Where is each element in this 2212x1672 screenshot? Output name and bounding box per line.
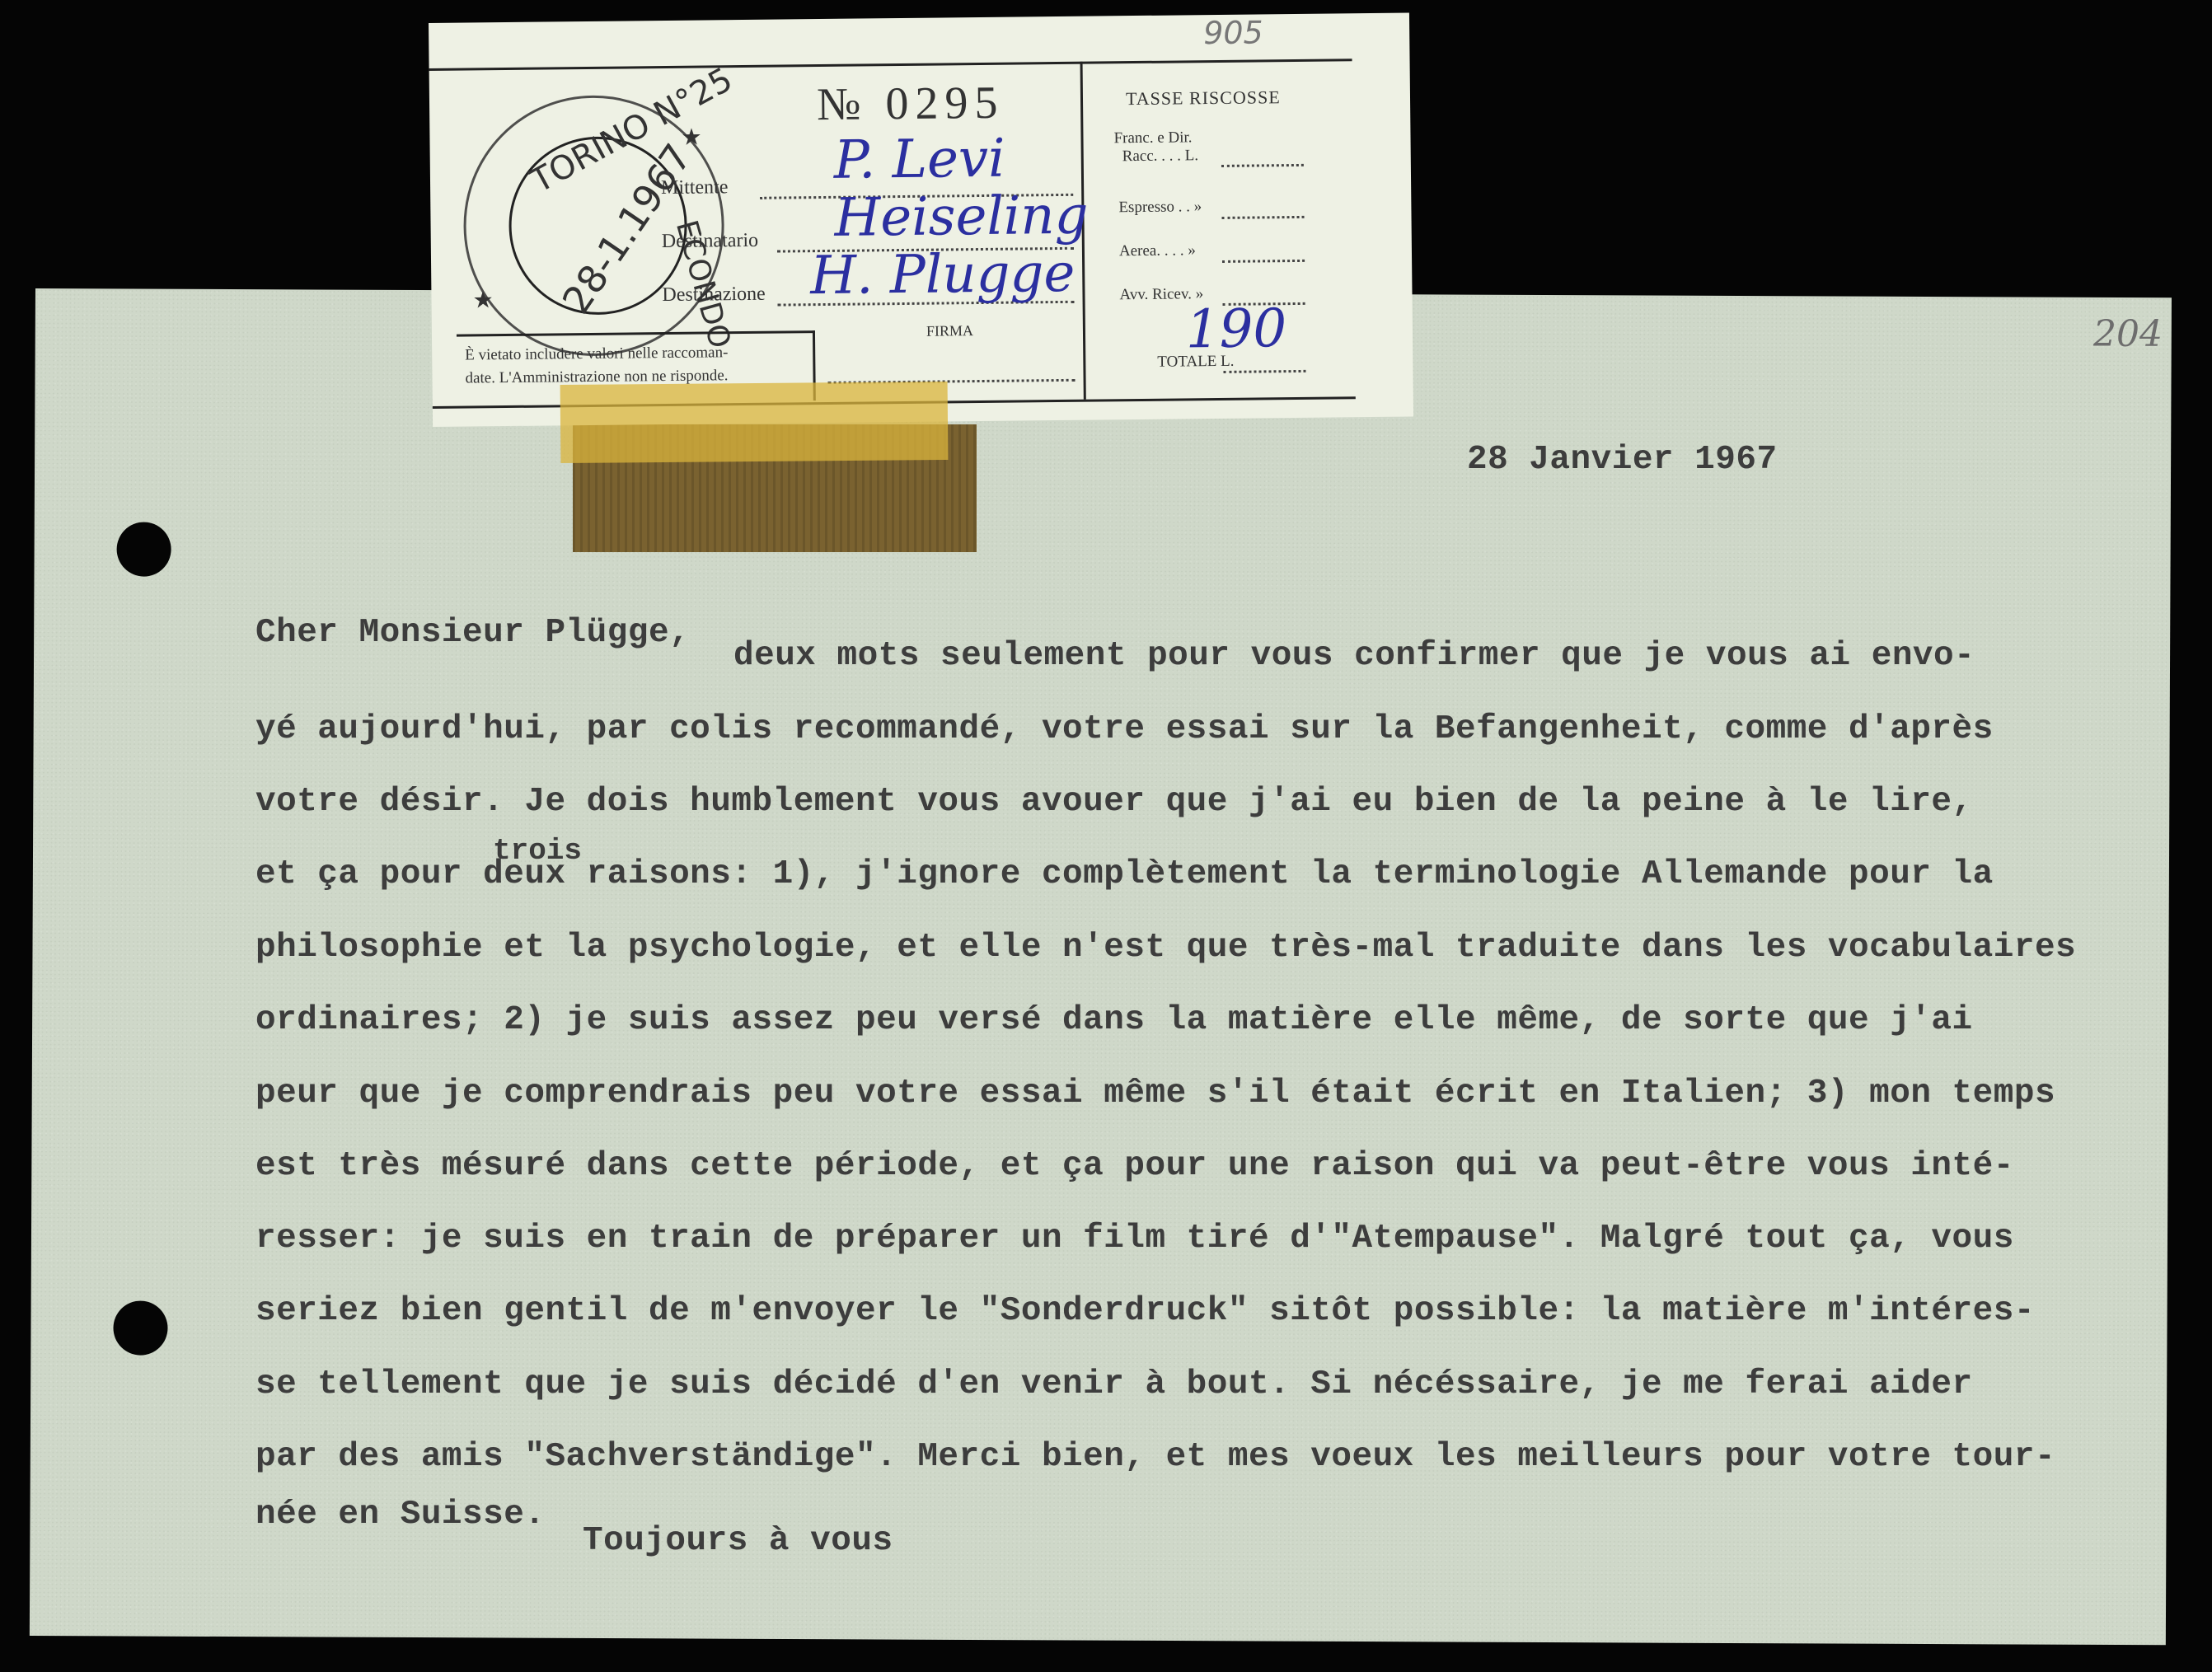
registered-mail-receipt: 905 TORINO N°25 28-1.1967 ECONDO ★ ★ № 0… [429,13,1413,427]
letter-line-11: par des amis "Sachverständige". Merci bi… [255,1438,2055,1476]
letter-line-10: se tellement que je suis décidé d'en ven… [255,1365,1973,1403]
tax-line-aerea [1222,260,1305,263]
closing: Toujours à vous [583,1522,893,1560]
tax-line-racc [1221,164,1304,167]
tax-row-franc: Franc. e Dir. [1113,129,1192,148]
tax-total-line [1223,370,1305,373]
tax-row-espresso: Espresso . . » [1118,198,1202,217]
page-number-pencil-note: 204 [2093,313,2163,355]
letter-line-2: votre désir. Je dois humblement vous avo… [255,783,1973,821]
destination-label: Destinazione [662,283,766,307]
letter-line-0: deux mots seulement pour vous confirmer … [733,637,1975,675]
yellow-tape-strip [560,382,949,463]
salutation: Cher Monsieur Plügge, [255,614,690,652]
letter-line-1: yé aujourd'hui, par colis recommandé, vo… [255,710,1994,748]
recipient-label: Destinatario [662,230,759,253]
receipt-top-rule [429,59,1352,71]
tax-line-espresso [1222,216,1305,219]
signature-label: FIRMA [926,322,973,340]
postmark-star-icon: ★ [472,286,493,313]
letter-line-7: est très mésuré dans cette période, et ç… [255,1147,2014,1185]
letter-line-6: peur que je comprendrais peu votre essai… [255,1075,2055,1112]
tax-row-aerea: Aerea. . . . » [1119,241,1196,260]
tax-total-handwriting: 190 [1186,298,1287,360]
recipient-handwriting: Heiseling [834,185,1089,249]
letter-line-8: resser: je suis en train de préparer un … [255,1220,2014,1258]
tax-row-racc: Racc. . . . L. [1122,147,1199,166]
sender-label: Mittente [661,176,729,199]
receipt-number: № 0295 [817,77,1005,131]
destination-handwriting: H. Plugge [810,243,1076,307]
taxes-title: TASSE RISCOSSE [1126,87,1281,110]
punch-hole-bottom [113,1300,167,1355]
postmark-star-icon: ★ [681,124,701,151]
letter-line-9: seriez bien gentil de m'envoyer le "Sond… [255,1292,2035,1330]
receipt-pencil-number: 905 [1203,14,1263,51]
letter-line-4: philosophie et la psychologie, et elle n… [255,929,2076,967]
letter-line-5: ordinaires; 2) je suis assez peu versé d… [255,1001,1973,1039]
sender-handwriting: P. Levi [833,129,1005,191]
letter-line-3: et ça pour deux raisons: 1), j'ignore co… [255,855,1994,893]
letter-date: 28 Janvier 1967 [1467,441,1778,479]
letter-line-12: née en Suisse. [255,1496,545,1534]
notice-line-1: È vietato includere valori nelle raccoma… [465,340,811,367]
number-symbol: № [817,78,868,130]
number-value: 0295 [885,77,1005,130]
punch-hole-top [116,522,171,576]
